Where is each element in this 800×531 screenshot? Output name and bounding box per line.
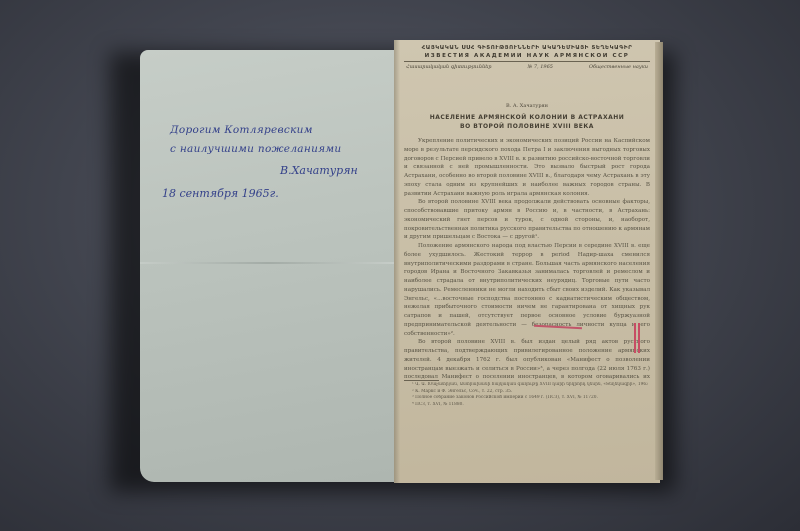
paragraph: Укрепление политических и экономических …: [404, 137, 650, 198]
article-title: НАСЕЛЕНИЕ АРМЯНСКОЙ КОЛОНИИ В АСТРАХАНИ …: [408, 113, 646, 131]
journal-section-russian: Общественные науки: [589, 64, 648, 70]
page-fold-crease: [140, 262, 396, 264]
journal-issue-number: № 7, 1965: [528, 64, 553, 70]
article-page: ՀԱՅԿԱԿԱՆ ՍՍՀ ԳԻՏՈՒԹՅՈՒՆՆԵՐԻ ԱԿԱԴԵՄԻԱՅԻ Տ…: [394, 40, 660, 483]
journal-subheader: Հասարակական գիտություններ № 7, 1965 Обще…: [406, 64, 648, 70]
journal-section-armenian: Հասարակական գիտություններ: [406, 64, 492, 70]
paragraph: Во второй половине XVIII века продолжали…: [404, 198, 650, 242]
footnote: ¹ Վ. Ա. Խաչատրյան, Աստրախանի հայկական գա…: [404, 382, 648, 389]
left-flyleaf: Дорогим Котляревским с наилучшими пожела…: [140, 50, 396, 482]
article-body: Укрепление политических и экономических …: [404, 137, 650, 381]
inscription-signature: В.Хачатурян: [280, 165, 358, 176]
article-title-line-2: ВО ВТОРОЙ ПОЛОВИНЕ XVIII ВЕКА: [408, 122, 646, 131]
footnote-rule: [404, 380, 439, 381]
page-stack-edge: [655, 42, 663, 480]
inscription-line-2: с наилучшими пожеланиями: [170, 144, 341, 155]
header-rule: [404, 61, 650, 62]
journal-header-armenian: ՀԱՅԿԱԿԱՆ ՍՍՀ ԳԻՏՈՒԹՅՈՒՆՆԵՐԻ ԱԿԱԴԵՄԻԱՅԻ Տ…: [404, 45, 650, 51]
footnote: ⁴ ПСЗ, т. XVI, № 11880.: [404, 402, 648, 409]
paragraph: Положение армянского народа под властью …: [404, 242, 650, 338]
article-title-line-1: НАСЕЛЕНИЕ АРМЯНСКОЙ КОЛОНИИ В АСТРАХАНИ: [408, 113, 646, 122]
inscription-date: 18 сентября 1965г.: [162, 188, 279, 199]
journal-header-russian: ИЗВЕСТИЯ АКАДЕМИИ НАУК АРМЯНСКОЙ ССР: [404, 53, 650, 59]
red-margin-mark: [638, 323, 640, 353]
inscription-line-1: Дорогим Котляревским: [170, 125, 313, 136]
paragraph: Во второй половине XVIII в. был издан це…: [404, 338, 650, 381]
red-margin-mark: [634, 323, 636, 353]
article-author: В. А. Хачатурян: [394, 103, 660, 109]
footnotes: ¹ Վ. Ա. Խաչատրյան, Աստրախանի հայկական գա…: [404, 382, 648, 408]
